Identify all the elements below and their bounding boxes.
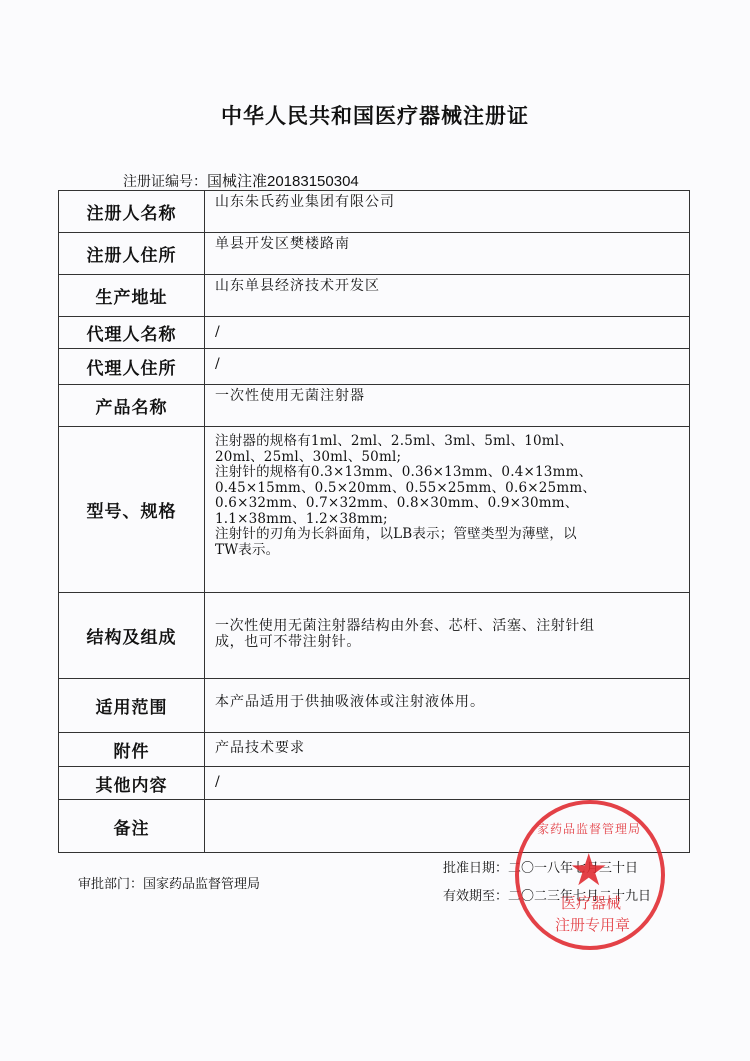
table-row-production-address: 生产地址 山东单县经济技术开发区 — [59, 275, 690, 317]
star-icon: ★ — [569, 849, 608, 893]
table-row-structure: 结构及组成 一次性使用无菌注射器结构由外套、芯杆、活塞、注射针组 成，也可不带注… — [59, 593, 690, 679]
row-value: / — [205, 317, 690, 349]
registration-number-value: 国械注准20183150304 — [207, 173, 359, 190]
row-label: 型号、规格 — [59, 427, 205, 593]
table-row-other: 其他内容 / — [59, 767, 690, 800]
value-line: 成，也可不带注射针。 — [215, 635, 681, 651]
row-value: 产品技术要求 — [205, 733, 690, 767]
value-line: 0.6×32mm、0.7×32mm、0.8×30mm、0.9×30mm、 — [215, 496, 681, 512]
certificate-table: 注册人名称 山东朱氏药业集团有限公司 注册人住所 单县开发区樊楼路南 生产地址 … — [58, 190, 690, 853]
row-label: 代理人名称 — [59, 317, 205, 349]
row-value: / — [205, 767, 690, 800]
value-line: 1.1×38mm、1.2×38mm; — [215, 512, 681, 528]
table-row-model-spec: 型号、规格 注射器的规格有1ml、2ml、2.5ml、3ml、5ml、10ml、… — [59, 427, 690, 593]
row-label: 其他内容 — [59, 767, 205, 800]
value-line: 0.45×15mm、0.5×20mm、0.55×25mm、0.6×25mm、 — [215, 481, 681, 497]
approval-department-label: 审批部门： — [78, 877, 143, 892]
valid-until-label: 有效期至： — [443, 889, 508, 904]
table-row-attachment: 附件 产品技术要求 — [59, 733, 690, 767]
table-row-registrant-name: 注册人名称 山东朱氏药业集团有限公司 — [59, 191, 690, 233]
value-line: 产品技术要求 — [215, 741, 681, 757]
value-line: TW表示。 — [215, 543, 681, 559]
value-line: 山东单县经济技术开发区 — [215, 279, 681, 295]
value-line: 注射针的刃角为长斜面角，以LB表示；管壁类型为薄壁，以 — [215, 527, 681, 543]
row-label: 产品名称 — [59, 385, 205, 427]
registration-number: 注册证编号：国械注准20183150304 — [123, 170, 359, 191]
official-seal: 家药品监督管理局 ★ 医疗器械 注册专用章 — [515, 800, 665, 950]
seal-line-2: 注册专用章 — [555, 914, 630, 935]
registration-number-label: 注册证编号： — [123, 174, 207, 190]
value-line: 山东朱氏药业集团有限公司 — [215, 195, 681, 211]
row-label: 代理人住所 — [59, 349, 205, 385]
row-label: 注册人名称 — [59, 191, 205, 233]
value-line: / — [215, 775, 681, 791]
row-value: 山东朱氏药业集团有限公司 — [205, 191, 690, 233]
row-label: 结构及组成 — [59, 593, 205, 679]
row-label: 备注 — [59, 800, 205, 853]
table-row-product-name: 产品名称 一次性使用无菌注射器 — [59, 385, 690, 427]
row-value: 本产品适用于供抽吸液体或注射液体用。 — [205, 679, 690, 733]
row-label: 注册人住所 — [59, 233, 205, 275]
approval-date-label: 批准日期： — [443, 861, 508, 876]
row-value: 山东单县经济技术开发区 — [205, 275, 690, 317]
table-row-scope: 适用范围 本产品适用于供抽吸液体或注射液体用。 — [59, 679, 690, 733]
value-line: 一次性使用无菌注射器结构由外套、芯杆、活塞、注射针组 — [215, 619, 681, 635]
value-line: / — [215, 357, 681, 373]
row-value: 单县开发区樊楼路南 — [205, 233, 690, 275]
approval-department-value: 国家药品监督管理局 — [143, 877, 260, 892]
row-label: 生产地址 — [59, 275, 205, 317]
value-line: 单县开发区樊楼路南 — [215, 237, 681, 253]
row-value: / — [205, 349, 690, 385]
row-label: 适用范围 — [59, 679, 205, 733]
row-label: 附件 — [59, 733, 205, 767]
table-row-registrant-address: 注册人住所 单县开发区樊楼路南 — [59, 233, 690, 275]
row-value: 注射器的规格有1ml、2ml、2.5ml、3ml、5ml、10ml、 20ml、… — [205, 427, 690, 593]
value-line: 注射针的规格有0.3×13mm、0.36×13mm、0.4×13mm、 — [215, 465, 681, 481]
table-row-agent-address: 代理人住所 / — [59, 349, 690, 385]
seal-line-1: 医疗器械 — [561, 892, 621, 913]
value-line: 本产品适用于供抽吸液体或注射液体用。 — [215, 695, 681, 711]
row-value: 一次性使用无菌注射器结构由外套、芯杆、活塞、注射针组 成，也可不带注射针。 — [205, 593, 690, 679]
value-line: 一次性使用无菌注射器 — [215, 389, 681, 405]
row-value: 一次性使用无菌注射器 — [205, 385, 690, 427]
value-line: / — [215, 325, 681, 341]
approval-department: 审批部门：国家药品监督管理局 — [78, 873, 260, 892]
value-line: 注射器的规格有1ml、2ml、2.5ml、3ml、5ml、10ml、 — [215, 434, 681, 450]
certificate-title: 中华人民共和国医疗器械注册证 — [0, 100, 750, 130]
seal-arc-text: 家药品监督管理局 — [537, 820, 641, 837]
table-row-agent-name: 代理人名称 / — [59, 317, 690, 349]
value-line: 20ml、25ml、30ml、50ml; — [215, 450, 681, 466]
